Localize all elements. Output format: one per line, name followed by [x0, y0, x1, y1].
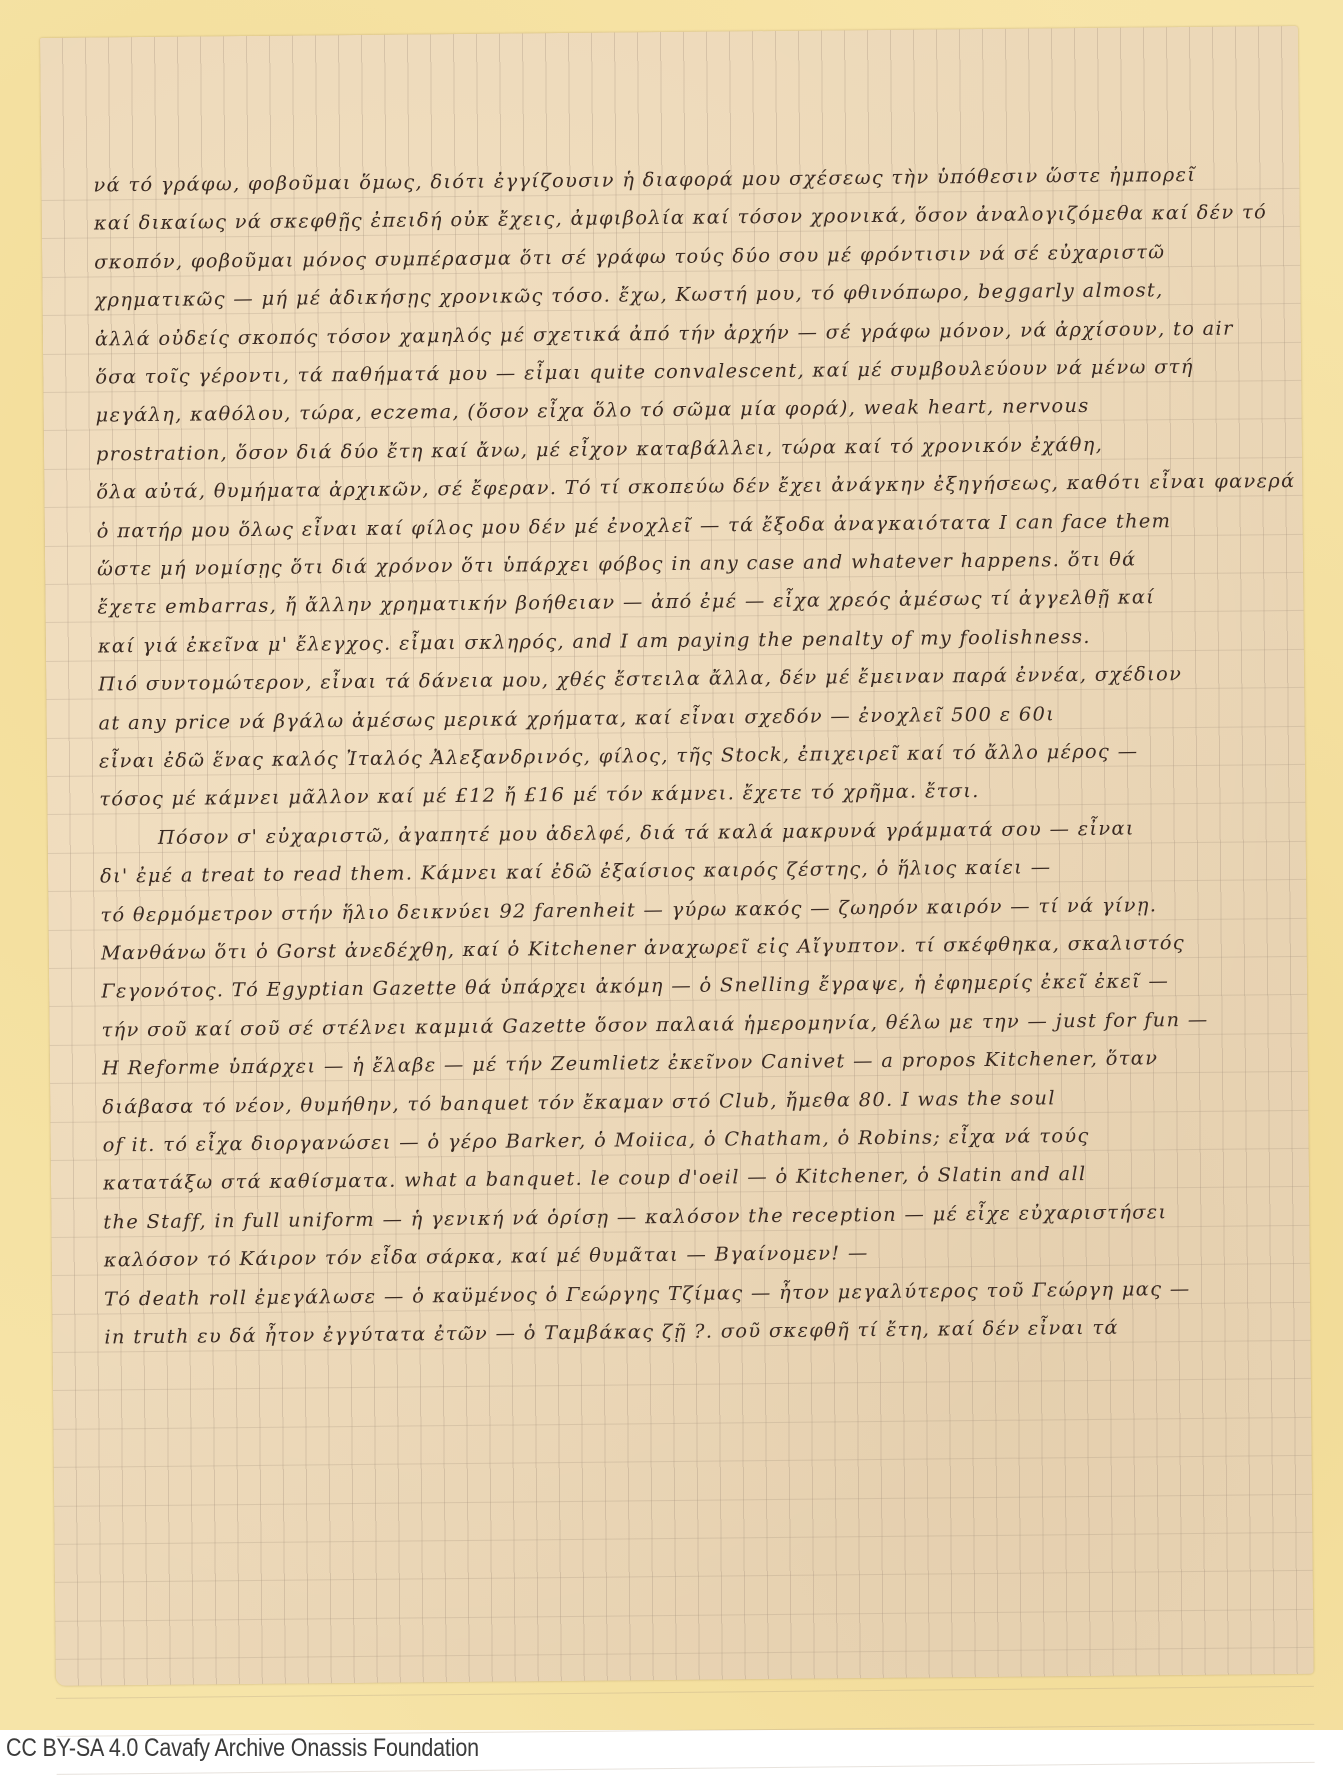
- ruled-line: [57, 1762, 1315, 1775]
- license-credit: CC BY-SA 4.0 Cavafy Archive Onassis Foun…: [6, 1734, 479, 1763]
- ruled-line: [53, 1417, 1311, 1430]
- ruled-line: [54, 1455, 1312, 1468]
- ruled-line: [55, 1570, 1313, 1583]
- ruled-line: [54, 1532, 1312, 1545]
- ruled-line: [55, 1609, 1313, 1622]
- ruled-line: [56, 1647, 1314, 1660]
- ruled-line: [54, 1493, 1312, 1506]
- handwritten-line: Πόσον σ' εὐχαριστῶ, ἀγαπητέ μου ἀδελφέ, …: [158, 814, 1299, 851]
- letter-page: νά τό γράφω, φοβοῦμαι ὅμως, διότι ἐγγίζο…: [40, 26, 1314, 1686]
- ruled-line: [53, 1378, 1311, 1391]
